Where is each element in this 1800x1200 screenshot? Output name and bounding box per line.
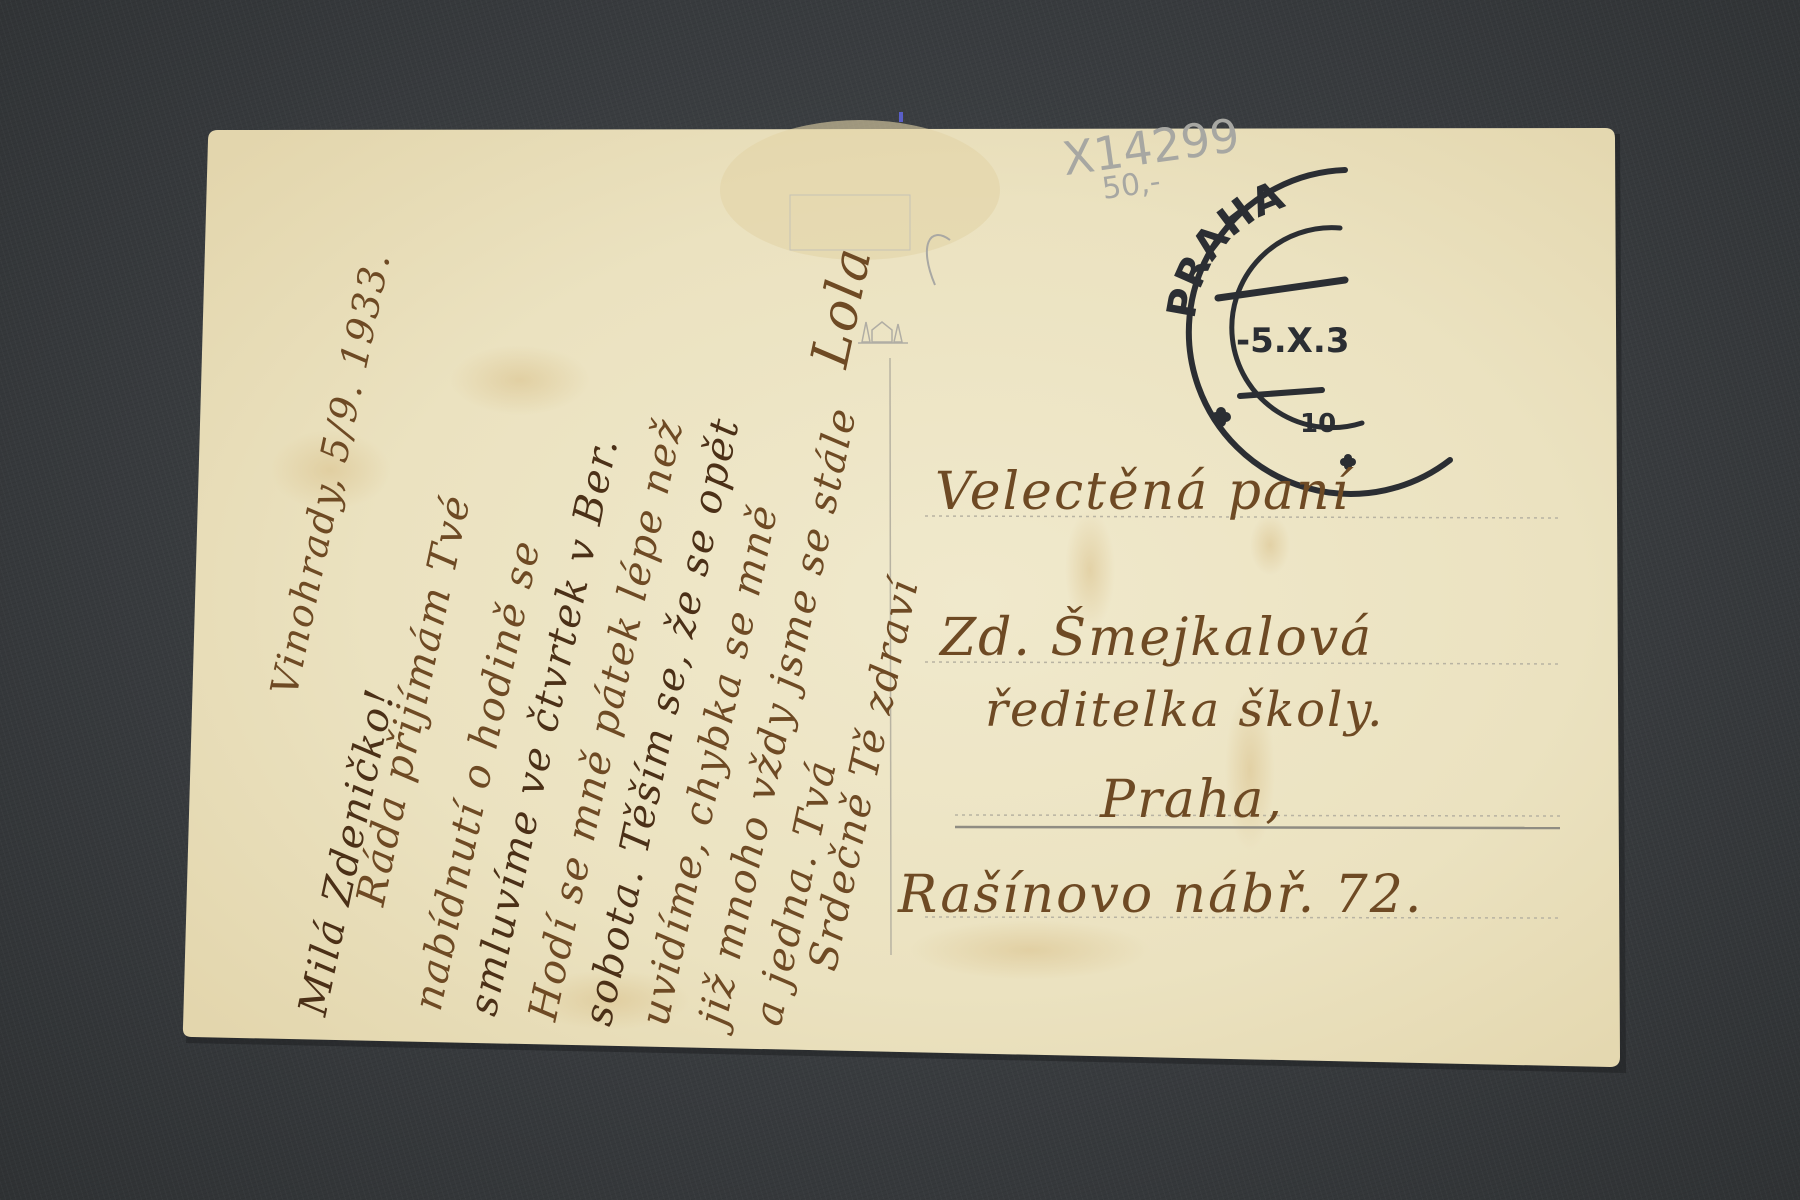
- address-line-1: Velectěná paní: [935, 462, 1350, 522]
- address-line-5: Rašínovo nábř. 72.: [898, 865, 1423, 925]
- address-line-4: Praha,: [1100, 770, 1284, 830]
- address-line-3: ředitelka školy.: [985, 682, 1384, 738]
- blue-mark: [899, 112, 903, 122]
- address-line-2: Zd. Šmejkalová: [940, 608, 1373, 668]
- postmark-office: 10: [1300, 409, 1336, 439]
- postmark-date: -5.X.3: [1236, 321, 1349, 361]
